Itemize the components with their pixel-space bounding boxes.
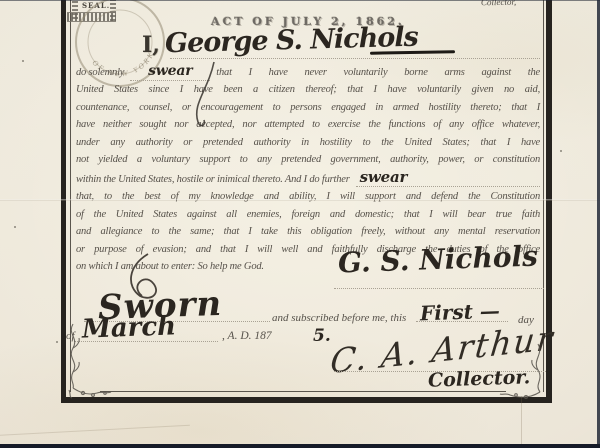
paper-speck — [22, 60, 24, 62]
frame-bottom-bar — [61, 397, 552, 403]
principal-signature: G. S. Nichols — [337, 240, 538, 280]
oath-line: of the United States against all enemies… — [76, 206, 540, 223]
oath-line: not yielded a voluntary support to any p… — [76, 151, 540, 168]
subscribed-printed-text: and subscribed before me, this — [272, 312, 406, 324]
fold-crease — [521, 396, 522, 444]
oath-line: and allegiance to the same; that I take … — [76, 223, 540, 240]
fold-crease — [0, 425, 190, 436]
oath-printed-text: do solemnly — [76, 64, 124, 81]
oath-printed-text: within the United States, hostile or ini… — [76, 171, 350, 188]
oath-line: United States since I have been a citize… — [76, 81, 540, 98]
salutation-initial: I, — [142, 32, 160, 58]
oath-line: that, to the best of my knowledge and ab… — [76, 188, 540, 205]
oath-swear-handwriting: swear — [356, 169, 540, 187]
year-printed-text: , A. D. 187 — [222, 330, 272, 342]
day-blank-rule — [416, 321, 508, 322]
year-digit-handwriting: 5. — [313, 326, 331, 346]
name-line-dash — [370, 50, 455, 54]
paper-speck — [56, 341, 58, 343]
principal-signature-rule — [334, 288, 544, 289]
corner-ornament-left-icon — [63, 322, 115, 400]
oath-line: do solemnly swear that I have never volu… — [76, 63, 540, 81]
photo-top-edge — [0, 0, 600, 1]
photo-bottom-edge — [0, 444, 600, 448]
paper-speck — [560, 150, 562, 152]
oath-printed-text: that I have never voluntarily borne arms… — [216, 64, 540, 81]
oath-line: under any authority or pretended authori… — [76, 134, 540, 151]
oath-line: countenance, counsel, or encouragement t… — [76, 99, 540, 116]
pen-flourish-icon — [180, 60, 240, 140]
fold-crease — [0, 199, 600, 201]
photo-background: SEAL. OF NEW YORK Collector, ACT OF JULY… — [0, 0, 600, 448]
oath-line: within the United States, hostile or ini… — [76, 169, 540, 188]
oath-line: have neither sought nor accepted, nor at… — [76, 116, 540, 133]
document-paper: SEAL. OF NEW YORK Collector, ACT OF JULY… — [0, 0, 600, 444]
top-right-caption: Collector, — [481, 0, 516, 7]
name-entry-rule — [170, 58, 540, 59]
corner-ornament-right-icon — [500, 342, 546, 402]
pen-flourish-icon — [118, 252, 168, 302]
paper-speck — [14, 226, 16, 228]
